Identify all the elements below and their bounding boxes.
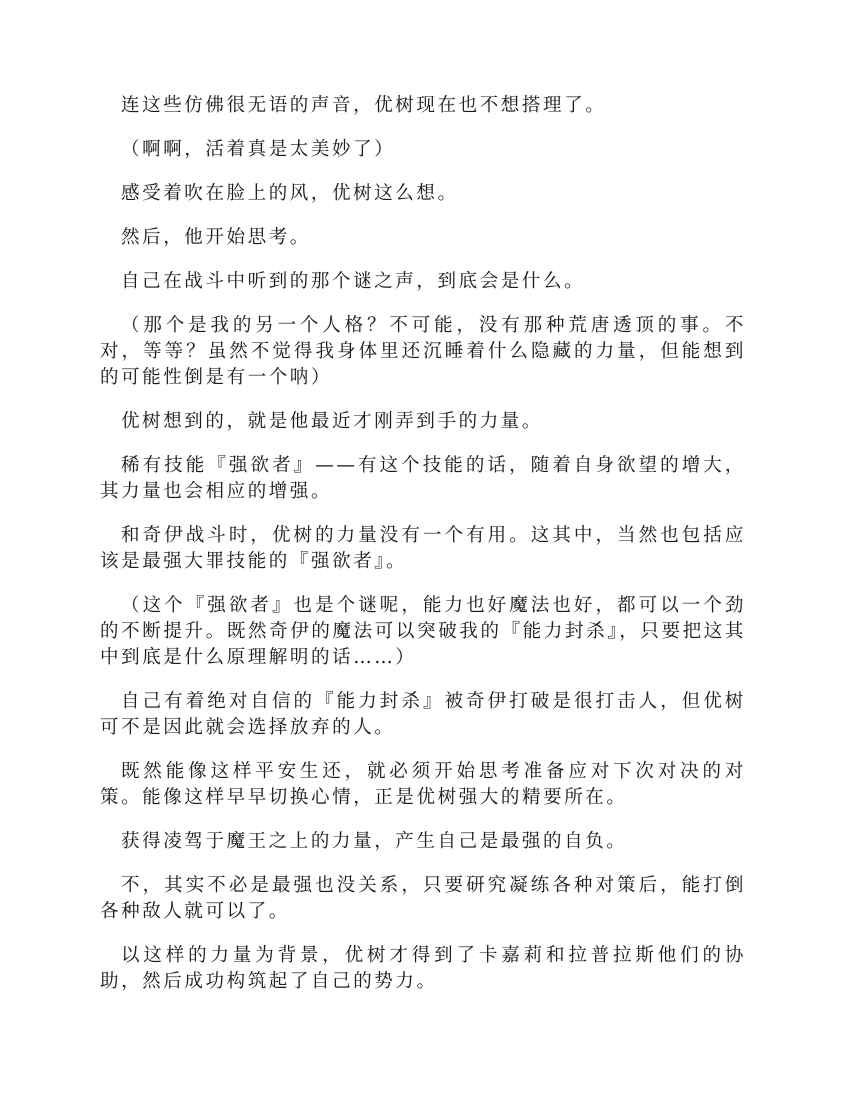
paragraph-thought: （那个是我的另一个人格？不可能，没有那种荒唐透顶的事。不对，等等？虽然不觉得我身… — [100, 313, 746, 391]
paragraph: 连这些仿佛很无语的声音，优树现在也不想搭理了。 — [100, 93, 746, 119]
paragraph: 和奇伊战斗时，优树的力量没有一个有用。这其中，当然也包括应该是最强大罪技能的『强… — [100, 523, 746, 575]
paragraph: 感受着吹在脸上的风，优树这么想。 — [100, 181, 746, 207]
paragraph-thought: （这个『强欲者』也是个谜呢，能力也好魔法也好，都可以一个劲的不断提升。既然奇伊的… — [100, 593, 746, 671]
document-page: 连这些仿佛很无语的声音，优树现在也不想搭理了。 （啊啊，活着真是太美妙了） 感受… — [100, 93, 746, 1013]
paragraph: 稀有技能『强欲者』——有这个技能的话，随着自身欲望的增大，其力量也会相应的增强。 — [100, 453, 746, 505]
paragraph: 自己在战斗中听到的那个谜之声，到底会是什么。 — [100, 269, 746, 295]
paragraph: 以这样的力量为背景，优树才得到了卡嘉莉和拉普拉斯他们的协助，然后成功构筑起了自己… — [100, 943, 746, 995]
paragraph: 不，其实不必是最强也没关系，只要研究凝练各种对策后，能打倒各种敌人就可以了。 — [100, 873, 746, 925]
paragraph: 自己有着绝对自信的『能力封杀』被奇伊打破是很打击人，但优树可不是因此就会选择放弃… — [100, 689, 746, 741]
paragraph-thought: （啊啊，活着真是太美妙了） — [100, 137, 746, 163]
paragraph: 优树想到的，就是他最近才刚弄到手的力量。 — [100, 409, 746, 435]
paragraph: 既然能像这样平安生还，就必须开始思考准备应对下次对决的对策。能像这样早早切换心情… — [100, 759, 746, 811]
paragraph: 然后，他开始思考。 — [100, 225, 746, 251]
paragraph: 获得凌驾于魔王之上的力量，产生自己是最强的自负。 — [100, 829, 746, 855]
